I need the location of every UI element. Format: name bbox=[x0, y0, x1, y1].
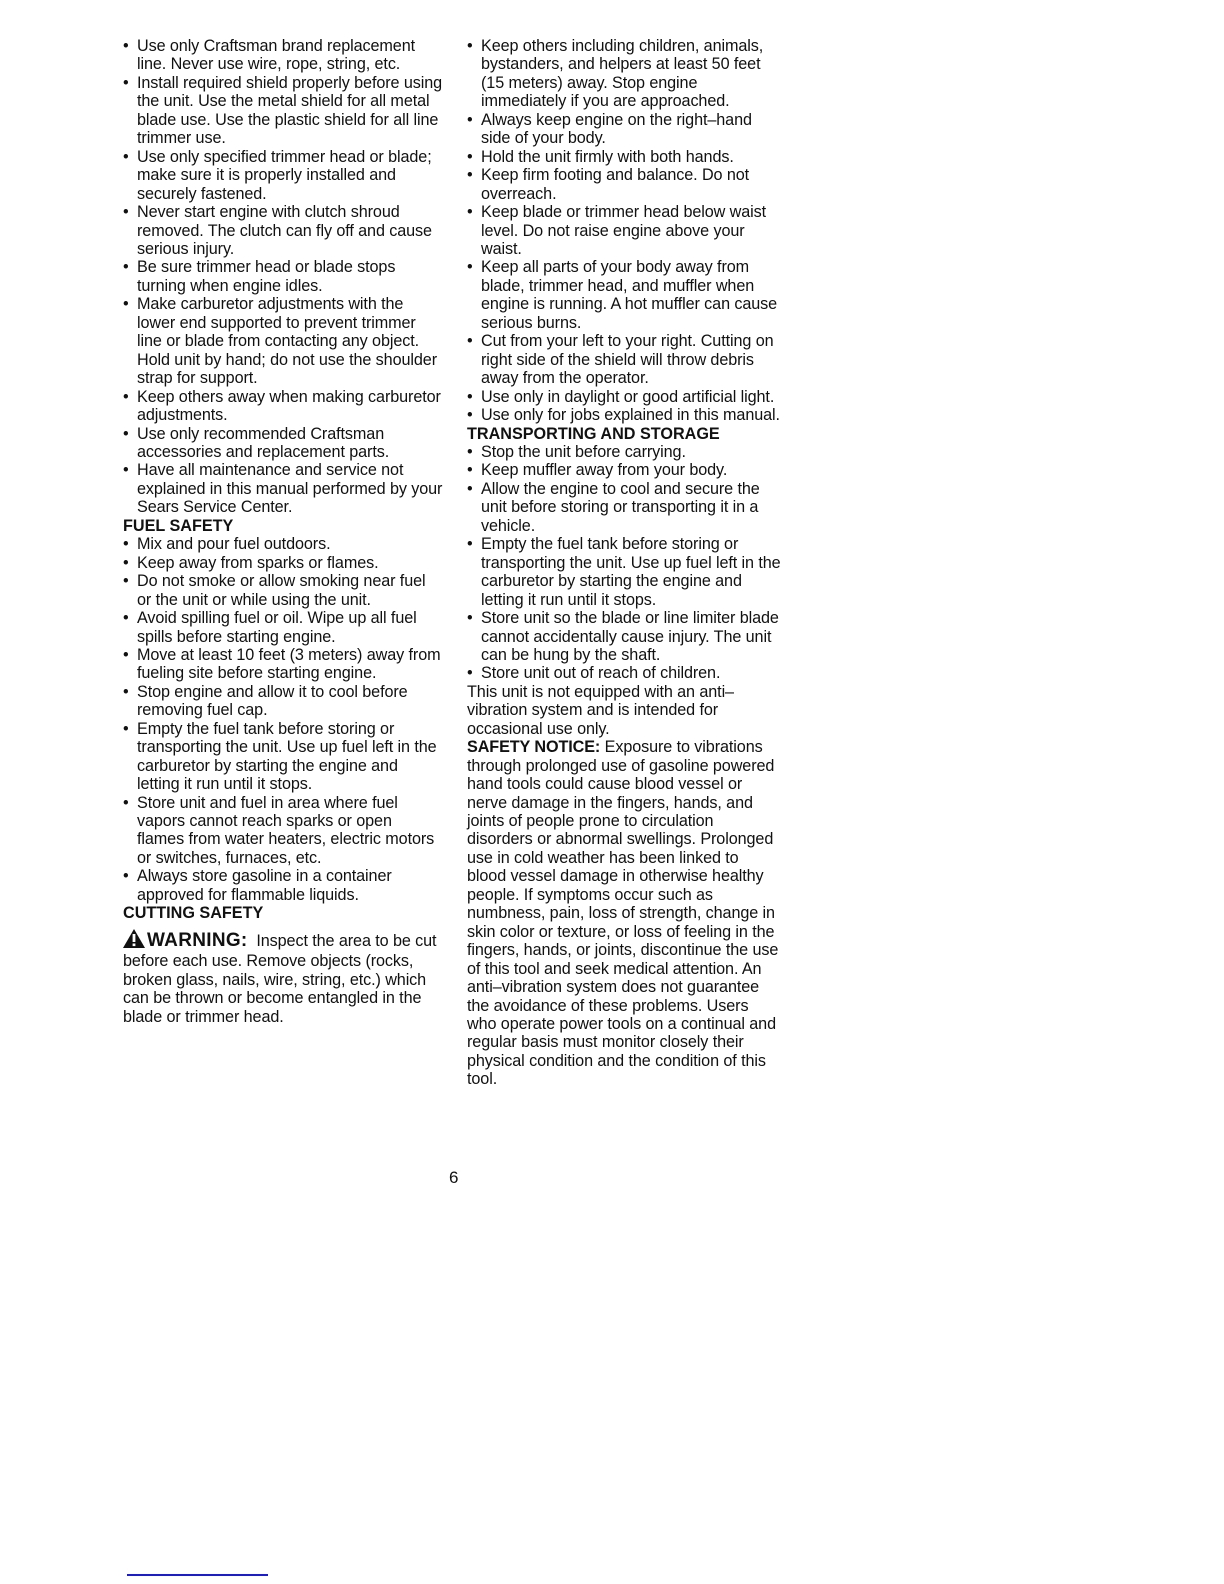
cutting-warning: WARNING: Inspect the area to be cut befo… bbox=[123, 929, 443, 1026]
list-item: Stop the unit before carrying. bbox=[467, 443, 782, 461]
list-item: Empty the fuel tank before storing or tr… bbox=[123, 720, 443, 794]
general-safety-list: Use only Craftsman brand replacement lin… bbox=[123, 37, 443, 517]
list-item: Hold the unit firmly with both hands. bbox=[467, 148, 782, 166]
list-item: Always keep engine on the right–hand sid… bbox=[467, 111, 782, 148]
transporting-storage-list: Stop the unit before carrying. Keep muff… bbox=[467, 443, 782, 683]
page-number: 6 bbox=[449, 1168, 458, 1188]
list-item: Use only in daylight or good artificial … bbox=[467, 388, 782, 406]
list-item: Use only specified trimmer head or blade… bbox=[123, 148, 443, 203]
left-column: Use only Craftsman brand replacement lin… bbox=[123, 37, 443, 1026]
list-item: Allow the engine to cool and secure the … bbox=[467, 480, 782, 535]
list-item: Never start engine with clutch shroud re… bbox=[123, 203, 443, 258]
warning-label: WARNING: bbox=[147, 930, 248, 951]
list-item: Empty the fuel tank before storing or tr… bbox=[467, 535, 782, 609]
list-item: Be sure trimmer head or blade stops turn… bbox=[123, 258, 443, 295]
list-item: Keep others away when making carburetor … bbox=[123, 388, 443, 425]
list-item: Store unit out of reach of children. bbox=[467, 664, 782, 682]
list-item: Make carburetor adjustments with the low… bbox=[123, 295, 443, 387]
list-item: Use only recommended Craftsman accessori… bbox=[123, 425, 443, 462]
operating-safety-list: Keep others including children, animals,… bbox=[467, 37, 782, 425]
list-item: Keep firm footing and balance. Do not ov… bbox=[467, 166, 782, 203]
list-item: Use only for jobs explained in this manu… bbox=[467, 406, 782, 424]
anti-vibration-paragraph: This unit is not equipped with an anti–v… bbox=[467, 683, 782, 738]
list-item: Keep away from sparks or flames. bbox=[123, 554, 443, 572]
list-item: Stop engine and allow it to cool before … bbox=[123, 683, 443, 720]
right-column: Keep others including children, animals,… bbox=[467, 37, 782, 1089]
list-item: Always store gasoline in a container app… bbox=[123, 867, 443, 904]
footer-rule bbox=[127, 1574, 268, 1576]
list-item: Cut from your left to your right. Cuttin… bbox=[467, 332, 782, 387]
list-item: Use only Craftsman brand replacement lin… bbox=[123, 37, 443, 74]
list-item: Avoid spilling fuel or oil. Wipe up all … bbox=[123, 609, 443, 646]
list-item: Keep blade or trimmer head below waist l… bbox=[467, 203, 782, 258]
transporting-storage-heading: TRANSPORTING AND STORAGE bbox=[467, 425, 782, 443]
fuel-safety-heading: FUEL SAFETY bbox=[123, 517, 443, 535]
safety-notice: SAFETY NOTICE: Exposure to vibrations th… bbox=[467, 738, 782, 1089]
list-item: Keep others including children, animals,… bbox=[467, 37, 782, 111]
list-item: Keep muffler away from your body. bbox=[467, 461, 782, 479]
list-item: Store unit and fuel in area where fuel v… bbox=[123, 794, 443, 868]
fuel-safety-list: Mix and pour fuel outdoors. Keep away fr… bbox=[123, 535, 443, 904]
warning-triangle-icon bbox=[123, 929, 145, 952]
cutting-safety-heading: CUTTING SAFETY bbox=[123, 904, 443, 922]
list-item: Do not smoke or allow smoking near fuel … bbox=[123, 572, 443, 609]
list-item: Have all maintenance and service not exp… bbox=[123, 461, 443, 516]
list-item: Install required shield properly before … bbox=[123, 74, 443, 148]
safety-notice-text: Exposure to vibrations through prolonged… bbox=[467, 738, 778, 1088]
list-item: Mix and pour fuel outdoors. bbox=[123, 535, 443, 553]
list-item: Move at least 10 feet (3 meters) away fr… bbox=[123, 646, 443, 683]
list-item: Keep all parts of your body away from bl… bbox=[467, 258, 782, 332]
list-item: Store unit so the blade or line limiter … bbox=[467, 609, 782, 664]
safety-notice-label: SAFETY NOTICE: bbox=[467, 738, 600, 756]
